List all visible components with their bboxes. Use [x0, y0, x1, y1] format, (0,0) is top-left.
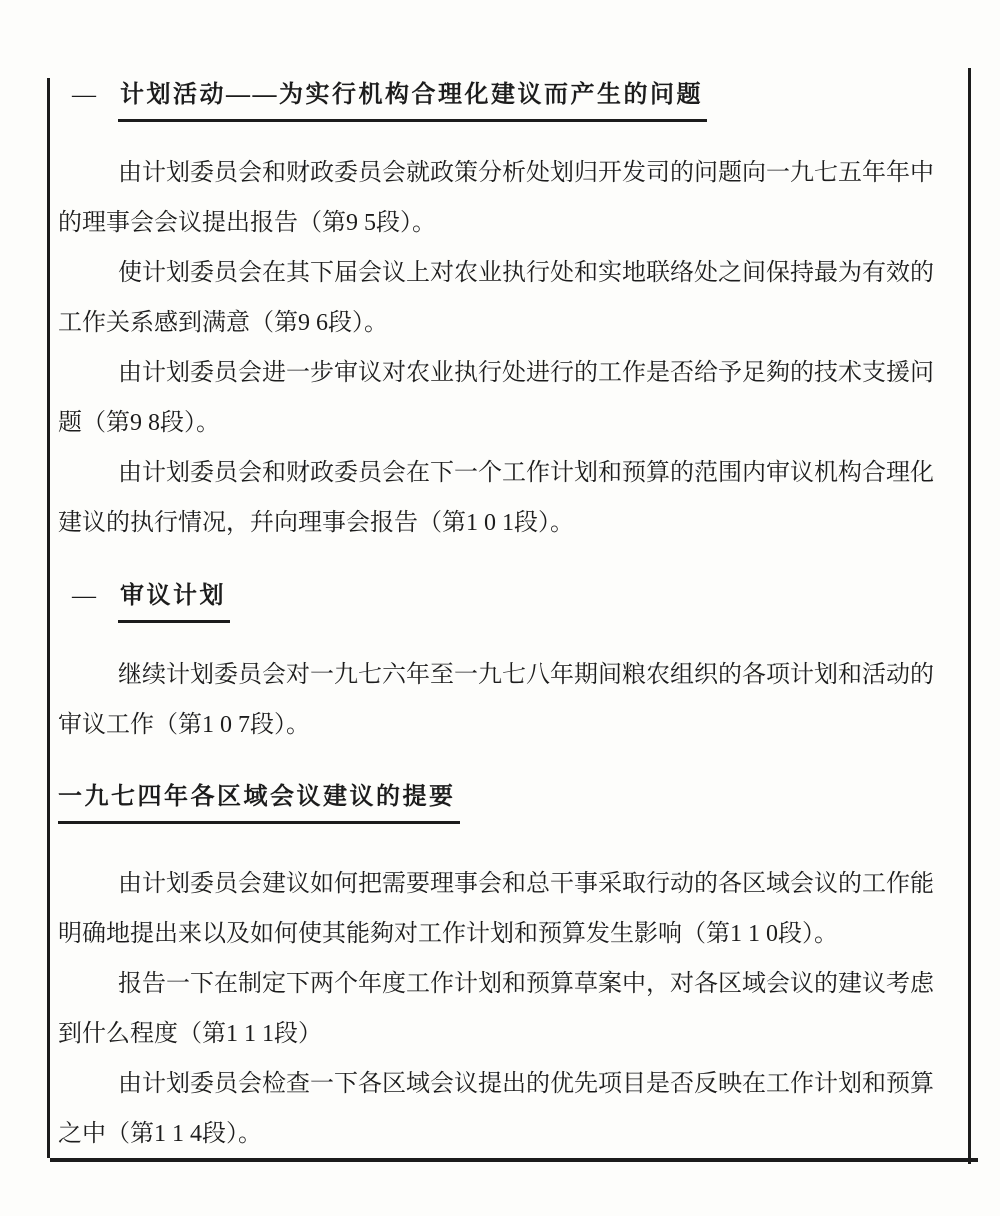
scanned-page: { "page": { "background": "#fdfdfb", "in…	[0, 0, 1000, 1216]
document-page: —计划活动——为实行机构合理化建议而产生的问题由计划委员会和财政委员会就政策分析…	[0, 0, 1000, 1216]
section-heading: —计划活动——为实行机构合理化建议而产生的问题	[58, 70, 938, 122]
paragraph: 由计划委员会和财政委员会在下一个工作计划和预算的范围内审议机构合理化 建议的执行…	[58, 448, 938, 548]
heading-text: 一九七四年各区域会议建议的提要	[58, 776, 460, 824]
heading-dash-marker: —	[72, 571, 99, 621]
paragraph: 使计划委员会在其下届会议上对农业执行处和实地联络处之间保持最为有效的 工作关系感…	[58, 248, 938, 348]
paragraph: 由计划委员会进一步审议对农业执行处进行的工作是否给予足夠的技术支援问 题（第9 …	[58, 348, 938, 448]
heading-dash-marker: —	[72, 70, 99, 120]
paragraph: 继续计划委员会对一九七六年至一九七八年期间粮农组织的各项计划和活动的 审议工作（…	[58, 650, 938, 750]
page-border-right	[968, 68, 971, 1164]
heading-text: 审议计划	[118, 575, 230, 623]
section-heading: —审议计划	[58, 571, 938, 623]
document-body: —计划活动——为实行机构合理化建议而产生的问题由计划委员会和财政委员会就政策分析…	[58, 70, 938, 1159]
paragraph: 由计划委员会建议如何把需要理事会和总干事采取行动的各区域会议的工作能 明确地提出…	[58, 859, 938, 959]
paragraph: 由计划委员会检查一下各区域会议提出的优先项目是否反映在工作计划和预算 之中（第1…	[58, 1059, 938, 1159]
paragraph: 报告一下在制定下两个年度工作计划和预算草案中，对各区域会议的建议考虑 到什么程度…	[58, 959, 938, 1059]
page-border-left	[47, 78, 50, 1158]
paragraph: 由计划委员会和财政委员会就政策分析处划归开发司的问题向一九七五年年中 的理事会会…	[58, 148, 938, 248]
heading-text: 计划活动——为实行机构合理化建议而产生的问题	[118, 74, 707, 122]
section-heading: 一九七四年各区域会议建议的提要	[58, 772, 938, 824]
